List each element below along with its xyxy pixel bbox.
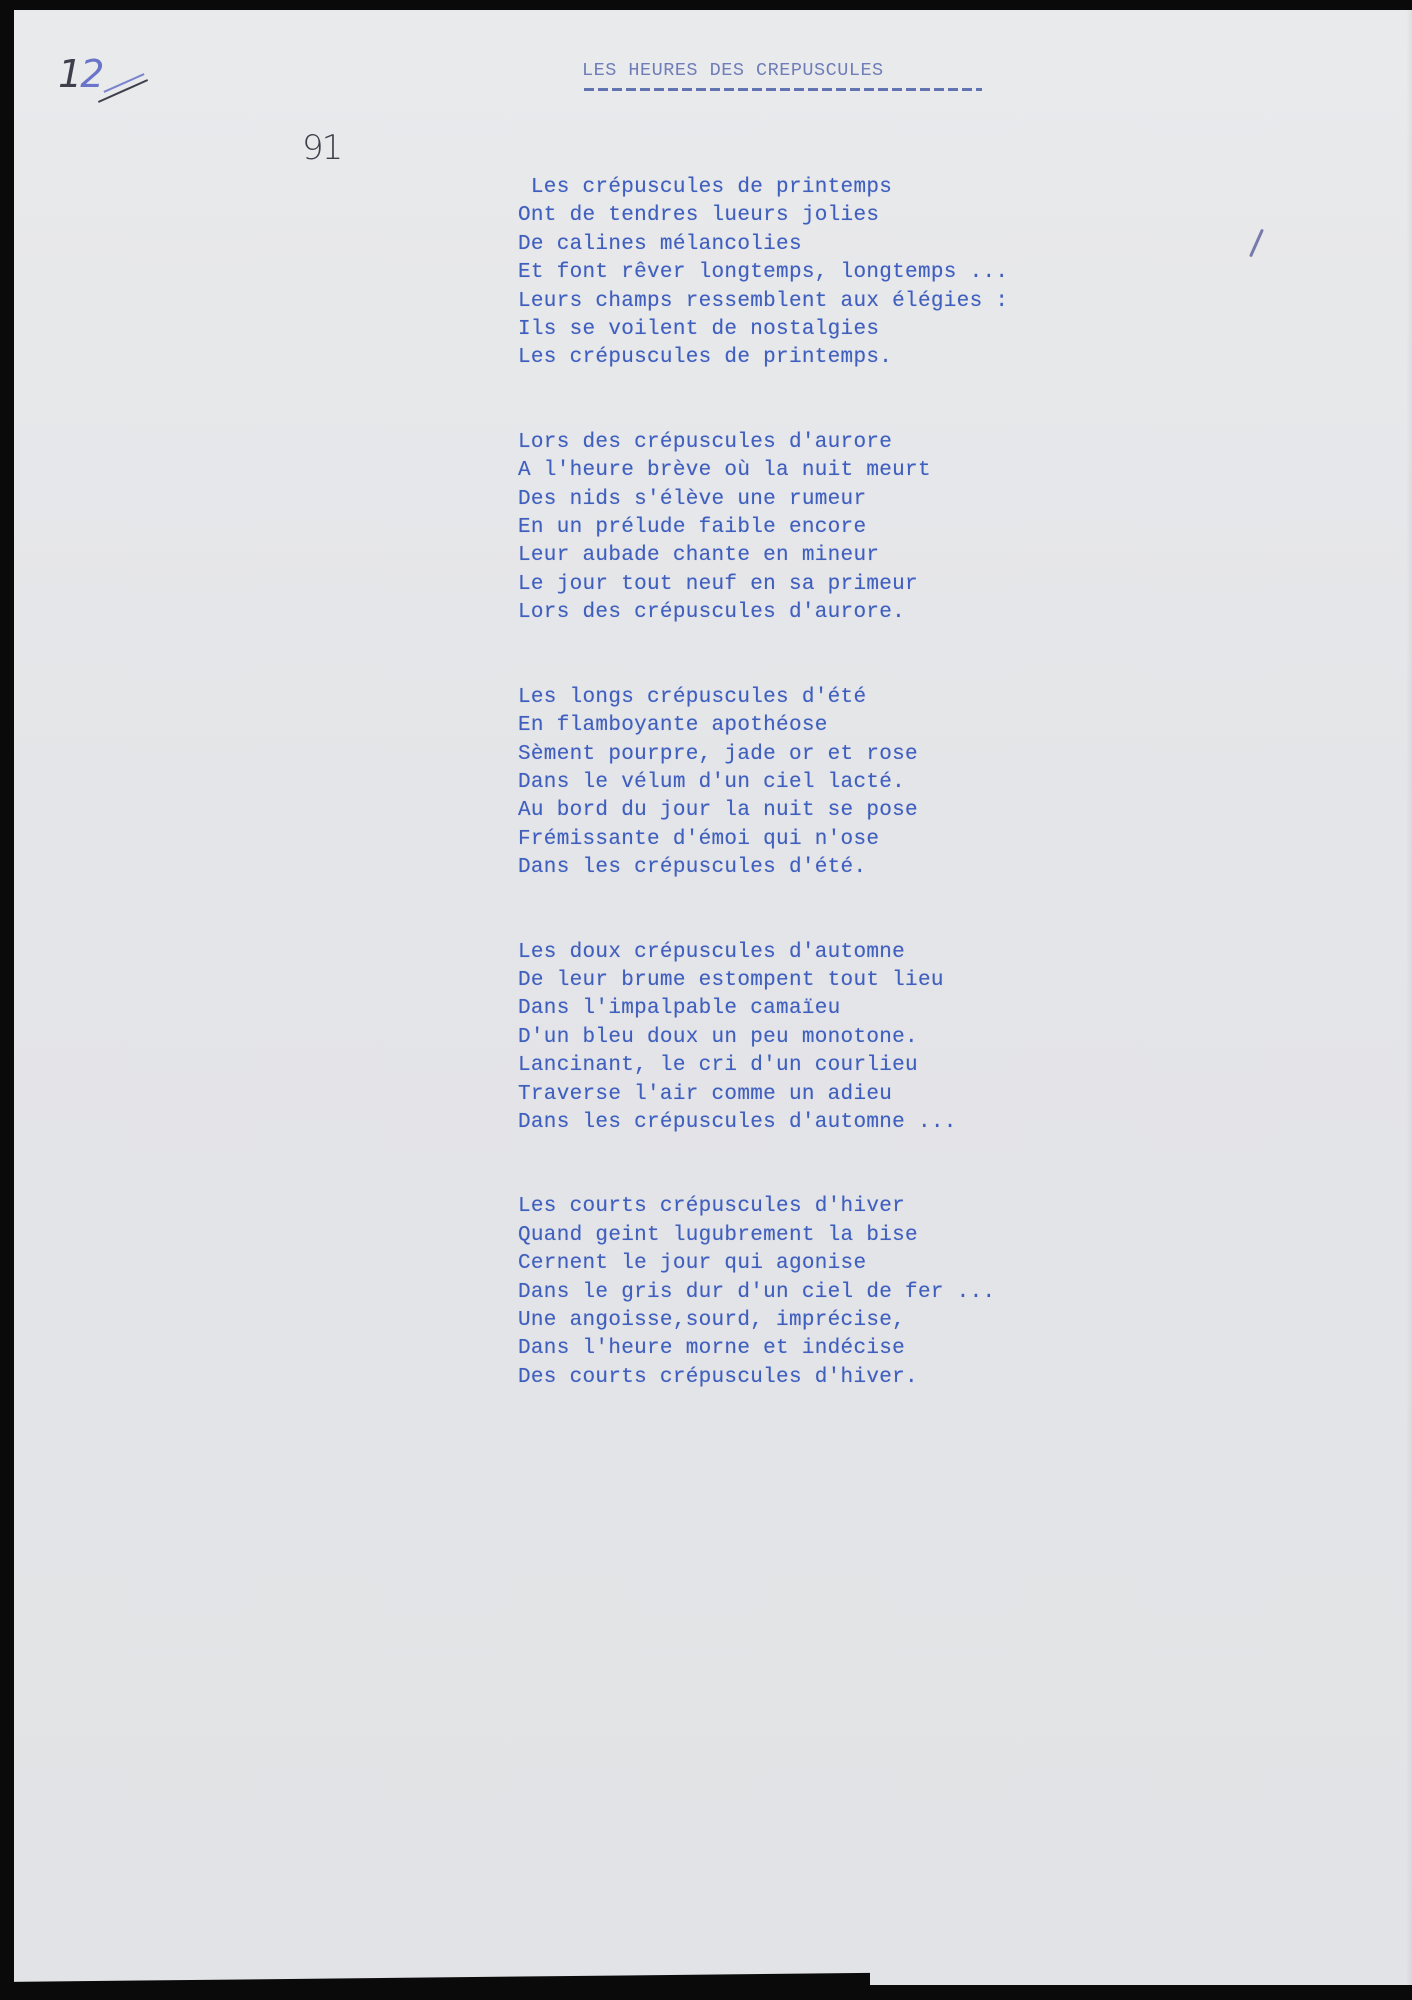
document-page: 12 91 LES HEURES DES CREPUSCULES Les cré… (14, 10, 1412, 1985)
poem-line: Les longs crépuscules d'été (518, 684, 1008, 712)
poem-line: Lors des crépuscules d'aurore (518, 429, 1008, 457)
poem-line: Sèment pourpre, jade or et rose (518, 741, 1008, 769)
poem-line: Dans les crépuscules d'été. (518, 854, 1008, 882)
page-number: 91 (302, 128, 341, 168)
poem-line: Dans le vélum d'un ciel lacté. (518, 769, 1008, 797)
poem-line: Cernent le jour qui agonise (518, 1250, 1008, 1278)
stanza: Les crépuscules de printempsOnt de tendr… (518, 174, 1008, 373)
poem-line: En flamboyante apothéose (518, 712, 1008, 740)
poem-line: Traverse l'air comme un adieu (518, 1081, 1008, 1109)
folio-corrected-digit: 2 (80, 52, 102, 96)
stanza: Les longs crépuscules d'étéEn flamboyant… (518, 684, 1008, 883)
poem-line: D'un bleu doux un peu monotone. (518, 1024, 1008, 1052)
poem-line: Leur aubade chante en mineur (518, 542, 1008, 570)
poem-line: Le jour tout neuf en sa primeur (518, 571, 1008, 599)
poem-line: Dans le gris dur d'un ciel de fer ... (518, 1279, 1008, 1307)
folio-number: 12 (58, 52, 102, 96)
poem-line: Les crépuscules de printemps. (518, 344, 1008, 372)
poem-line: Une angoisse,sourd, imprécise, (518, 1307, 1008, 1335)
poem-line: Dans l'heure morne et indécise (518, 1335, 1008, 1363)
poem-line: De leur brume estompent tout lieu (518, 967, 1008, 995)
folio-digit: 1 (58, 52, 80, 96)
poem-line: Quand geint lugubrement la bise (518, 1222, 1008, 1250)
poem-body: Les crépuscules de printempsOnt de tendr… (518, 174, 1008, 1448)
title-underline (584, 88, 982, 91)
poem-line: Des nids s'élève une rumeur (518, 486, 1008, 514)
poem-line: Et font rêver longtemps, longtemps ... (518, 259, 1008, 287)
poem-line: Leurs champs ressemblent aux élégies : (518, 288, 1008, 316)
stanza: Les doux crépuscules d'automneDe leur br… (518, 939, 1008, 1138)
poem-line: Les courts crépuscules d'hiver (518, 1193, 1008, 1221)
poem-line: Frémissante d'émoi qui n'ose (518, 826, 1008, 854)
poem-line: Des courts crépuscules d'hiver. (518, 1364, 1008, 1392)
stanza: Les courts crépuscules d'hiverQuand gein… (518, 1193, 1008, 1392)
poem-line: En un prélude faible encore (518, 514, 1008, 542)
poem-line: Lancinant, le cri d'un courlieu (518, 1052, 1008, 1080)
margin-pen-mark (1249, 229, 1264, 258)
poem-line: Les crépuscules de printemps (518, 174, 1008, 202)
poem-line: A l'heure brève où la nuit meurt (518, 457, 1008, 485)
poem-line: Ils se voilent de nostalgies (518, 316, 1008, 344)
poem-title: LES HEURES DES CREPUSCULES (582, 60, 884, 81)
poem-line: Dans l'impalpable camaïeu (518, 995, 1008, 1023)
poem-line: Lors des crépuscules d'aurore. (518, 599, 1008, 627)
poem-line: Dans les crépuscules d'automne ... (518, 1109, 1008, 1137)
poem-line: Ont de tendres lueurs jolies (518, 202, 1008, 230)
poem-line: Au bord du jour la nuit se pose (518, 797, 1008, 825)
poem-line: De calines mélancolies (518, 231, 1008, 259)
poem-line: Les doux crépuscules d'automne (518, 939, 1008, 967)
stanza: Lors des crépuscules d'auroreA l'heure b… (518, 429, 1008, 628)
